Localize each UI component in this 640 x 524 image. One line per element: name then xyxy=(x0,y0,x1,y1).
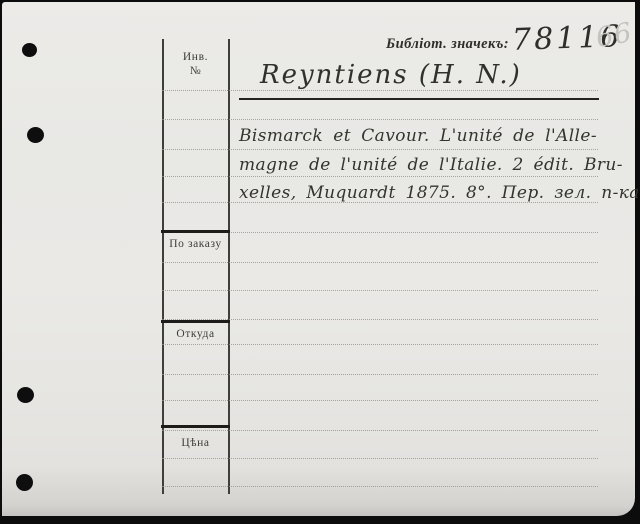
field-label-inventory-line1: Инв. xyxy=(163,50,228,64)
field-label-inventory-line2: № xyxy=(163,64,228,78)
ruled-line xyxy=(162,374,598,375)
ruled-line xyxy=(162,486,598,487)
punch-hole xyxy=(27,127,44,143)
catalog-card: Инв. № По заказу Откуда Цѣна Библіот. зн… xyxy=(2,2,635,516)
author-heading: Reyntiens (H. N.) xyxy=(260,60,522,90)
section-divider xyxy=(161,425,230,428)
field-label-origin: Откуда xyxy=(163,327,228,341)
ruled-line xyxy=(162,430,598,431)
section-divider xyxy=(161,230,230,233)
library-mark-label: Библіот. значекъ: xyxy=(386,36,509,53)
punch-hole xyxy=(17,387,34,403)
section-divider xyxy=(161,320,230,323)
ruled-line xyxy=(162,176,598,177)
entry-line: xelles, Muquardt 1875. 8°. Пер. зел. п-к… xyxy=(239,183,597,203)
pencil-annotation: 66 xyxy=(594,17,635,54)
field-label-inventory: Инв. № xyxy=(163,50,228,78)
punch-hole xyxy=(22,43,37,57)
ruled-line xyxy=(162,344,598,345)
author-heading-underline xyxy=(239,98,599,100)
field-label-order: По заказу xyxy=(163,237,228,251)
punch-hole xyxy=(16,474,33,491)
entry-line: magne de l'unité de l'Italie. 2 édit. Br… xyxy=(239,155,597,175)
ruled-line xyxy=(162,119,598,120)
ruled-line xyxy=(162,400,598,401)
ruled-line xyxy=(162,149,598,150)
ruled-line xyxy=(162,90,598,91)
ruled-line xyxy=(162,262,598,263)
field-label-price: Цѣна xyxy=(163,436,228,450)
scanned-catalog-card-page: { "stamp": { "printed_label": "Библіот. … xyxy=(0,0,640,524)
entry-line: Bismarck et Cavour. L'unité de l'Alle- xyxy=(239,126,597,146)
ruled-line xyxy=(162,458,598,459)
ruled-line xyxy=(162,290,598,291)
